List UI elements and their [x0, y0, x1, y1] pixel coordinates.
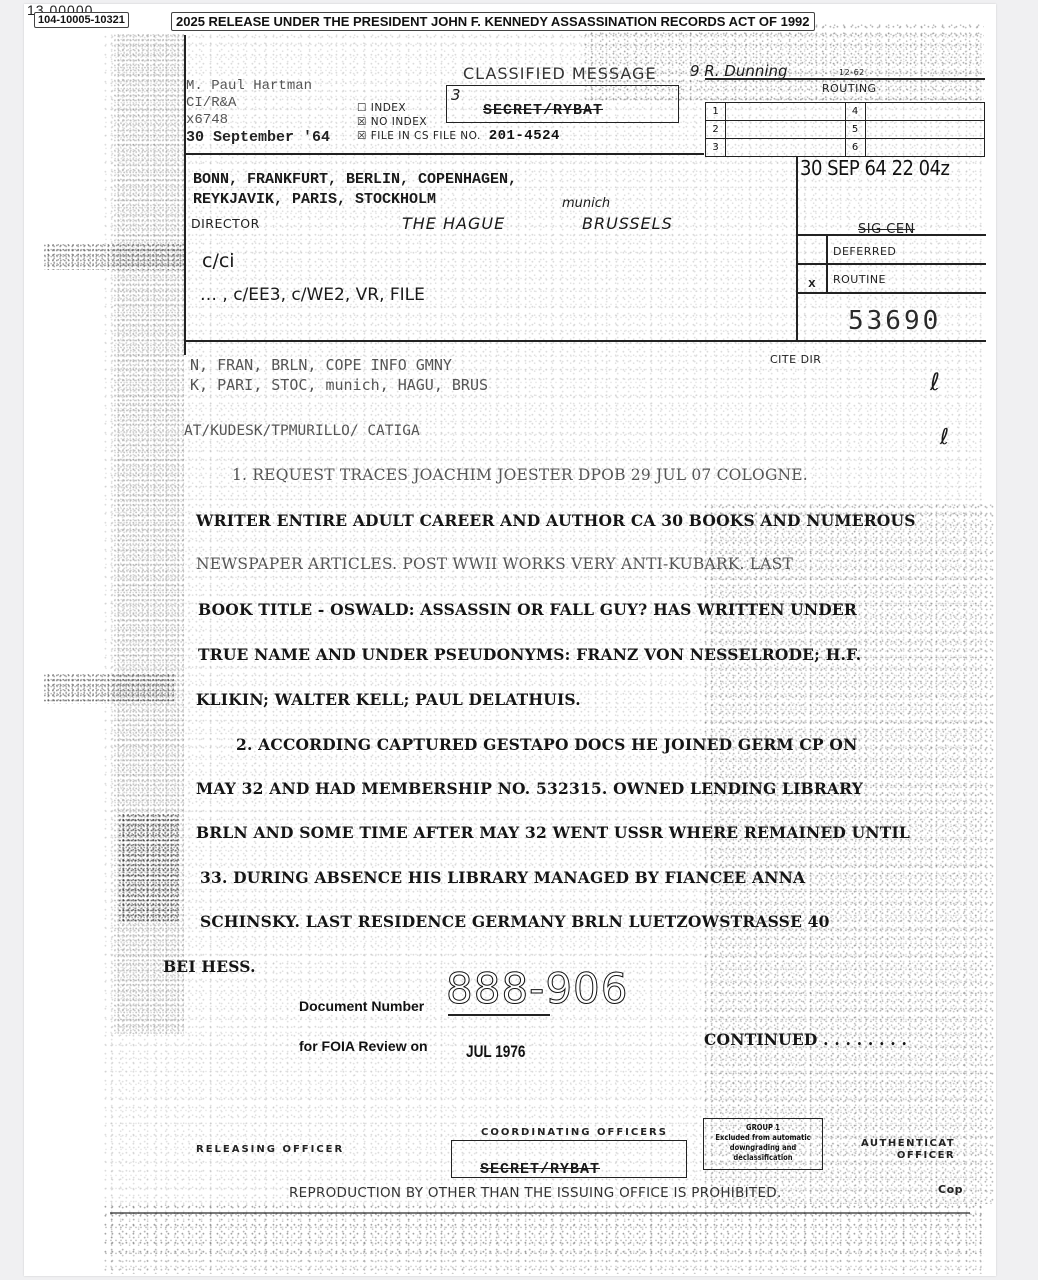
- routing-slot-number: 3: [706, 139, 726, 157]
- routing-slot[interactable]: [726, 139, 846, 157]
- routing-slot-number: 6: [845, 139, 865, 157]
- stamp-rule: [796, 263, 986, 265]
- record-id-tag: 104-10005-10321: [34, 12, 129, 28]
- classification-prefix: 3: [451, 86, 461, 104]
- routing-slot-number: 2: [706, 121, 726, 139]
- checkbox-empty-icon: ☐: [357, 102, 367, 114]
- routing-label: ROUTING: [822, 82, 877, 95]
- continued-label: CONTINUED . . . . . . . .: [704, 1030, 907, 1049]
- handwritten-brussels: BRUSSELS: [582, 214, 673, 233]
- routing-slot[interactable]: [726, 103, 846, 121]
- routing-slot[interactable]: [865, 103, 985, 121]
- coordinating-officers-label: COORDINATING OFFICERS: [481, 1127, 668, 1138]
- file-in-cs-option[interactable]: ☒ FILE IN CS FILE NO. 201-4524: [357, 129, 560, 143]
- initials-mark: ℓ: [940, 425, 949, 450]
- addressee-line-1: BONN, FRANKFURT, BERLIN, COPENHAGEN,: [193, 170, 517, 190]
- message-to-line-2: K, PARI, STOC, munich, HAGU, BRUS: [190, 375, 488, 395]
- doc-number: 888-906: [446, 964, 629, 1013]
- release-banner: 2025 RELEASE UNDER THE PRESIDENT JOHN F.…: [171, 12, 815, 31]
- file-number: 201-4524: [489, 128, 560, 144]
- body-line: KLIKIN; WALTER KELL; PAUL DELATHUIS.: [196, 690, 581, 709]
- scan-noise: [104, 1204, 984, 1274]
- handwritten-munich: munich: [562, 196, 610, 211]
- precedence-routine: ROUTINE: [833, 273, 886, 286]
- addressee-block: BONN, FRANKFURT, BERLIN, COPENHAGEN, REY…: [193, 170, 517, 210]
- form-title: CLASSIFIED MESSAGE: [463, 64, 657, 83]
- body-line: BOOK TITLE - OSWALD: ASSASSIN OR FALL GU…: [198, 600, 857, 619]
- form-code: 12-62: [839, 68, 865, 77]
- footer-classification: SECRET/RYBAT: [480, 1161, 600, 1178]
- routing-slot[interactable]: [865, 121, 985, 139]
- doc-number-label: Document Number: [299, 998, 424, 1014]
- group-1-box: GROUP 1 Excluded from automatic downgrad…: [703, 1118, 823, 1170]
- originator-block: M. Paul Hartman CI/R&A x6748 30 Septembe…: [186, 78, 330, 146]
- body-line: WRITER ENTIRE ADULT CAREER AND AUTHOR CA…: [196, 511, 916, 530]
- body-line: MAY 32 AND HAD MEMBERSHIP NO. 532315. OW…: [196, 779, 863, 798]
- footer-rule: [110, 1212, 970, 1214]
- copy-label: Cop: [938, 1183, 963, 1196]
- scan-noise: [114, 34, 184, 1034]
- checkbox-checked-icon: ☒: [357, 130, 367, 142]
- routing-slot[interactable]: [726, 121, 846, 139]
- addressee-line-2: REYKJAVIK, PARIS, STOCKHOLM: [193, 190, 517, 210]
- routing-slot-number: 1: [706, 103, 726, 121]
- cite-number: 53690: [848, 306, 941, 336]
- group-box-line: Excluded from automatic: [704, 1133, 822, 1143]
- datetime-stamp: 30 SEP 64 22 04z: [800, 156, 950, 180]
- group-box-line: declassification: [704, 1153, 822, 1163]
- body-line: NEWSPAPER ARTICLES. POST WWII WORKS VERY…: [196, 555, 793, 573]
- body-line: BRLN AND SOME TIME AFTER MAY 32 WENT USS…: [196, 823, 910, 842]
- scan-smudge: [44, 674, 174, 704]
- message-slug: AT/KUDESK/TPMURILLO/ CATIGA: [184, 423, 420, 439]
- form-rule: [184, 153, 704, 155]
- stamp-rule: [796, 292, 986, 294]
- group-box-line: GROUP 1: [704, 1123, 822, 1133]
- group-box-line: downgrading and: [704, 1143, 822, 1153]
- body-line: SCHINSKY. LAST RESIDENCE GERMANY BRLN LU…: [200, 912, 830, 931]
- message-to-line-1: N, FRAN, BRLN, COPE INFO GMNY: [190, 355, 488, 375]
- classification-label: SECRET/RYBAT: [483, 102, 603, 119]
- routing-table: 1 4 2 5 3 6: [705, 102, 985, 157]
- originator-name: M. Paul Hartman: [186, 78, 330, 95]
- stamp-border: [796, 156, 798, 341]
- routing-slot-number: 5: [845, 121, 865, 139]
- from-label: DIRECTOR: [191, 216, 260, 231]
- checkbox-checked-icon: ☒: [357, 116, 367, 128]
- form-rule: [184, 340, 986, 342]
- body-line: 33. DURING ABSENCE HIS LIBRARY MANAGED B…: [200, 868, 805, 887]
- releasing-officer-label: RELEASING OFFICER: [196, 1144, 344, 1155]
- originator-date: 30 September '64: [186, 129, 330, 146]
- initials-mark: ℓ: [930, 368, 940, 396]
- routing-rule: [705, 78, 985, 80]
- foia-review-date: JUL 1976: [466, 1042, 525, 1062]
- handwritten-conf: c/ci: [202, 250, 235, 272]
- originator-unit: CI/R&A: [186, 95, 330, 112]
- body-line: 2. ACCORDING CAPTURED GESTAPO DOCS HE JO…: [236, 735, 857, 754]
- scan-smudge: [119, 814, 179, 924]
- body-line: TRUE NAME AND UNDER PSEUDONYMS: FRANZ VO…: [198, 645, 861, 664]
- underline: [448, 1014, 550, 1016]
- authenticating-officer-label: AUTHENTICAT OFFICER: [861, 1138, 955, 1162]
- message-to-block: N, FRAN, BRLN, COPE INFO GMNY K, PARI, S…: [190, 355, 488, 395]
- cite-label: CITE DIR: [770, 353, 821, 366]
- precedence-mark: x: [808, 276, 816, 291]
- scan-smudge: [44, 244, 184, 270]
- classification-box: 3 SECRET/RYBAT: [446, 85, 679, 123]
- routing-slot-number: 4: [845, 103, 865, 121]
- precedence-deferred: DEFERRED: [833, 245, 896, 258]
- body-line: BEI HESS.: [163, 957, 256, 976]
- body-line: 1. REQUEST TRACES JOACHIM JOESTER DPOB 2…: [232, 466, 808, 484]
- stamp-rule: [796, 234, 986, 236]
- handwritten-info: … , c/EE3, c/WE2, VR, FILE: [200, 285, 425, 305]
- routing-slot[interactable]: [865, 139, 985, 157]
- handwritten-the-hague: THE HAGUE: [402, 214, 505, 233]
- originator-extension: x6748: [186, 112, 330, 129]
- reproduction-notice: REPRODUCTION BY OTHER THAN THE ISSUING O…: [289, 1185, 782, 1201]
- foia-review-label: for FOIA Review on: [299, 1038, 428, 1054]
- footer-classification-box: SECRET/RYBAT: [451, 1140, 687, 1178]
